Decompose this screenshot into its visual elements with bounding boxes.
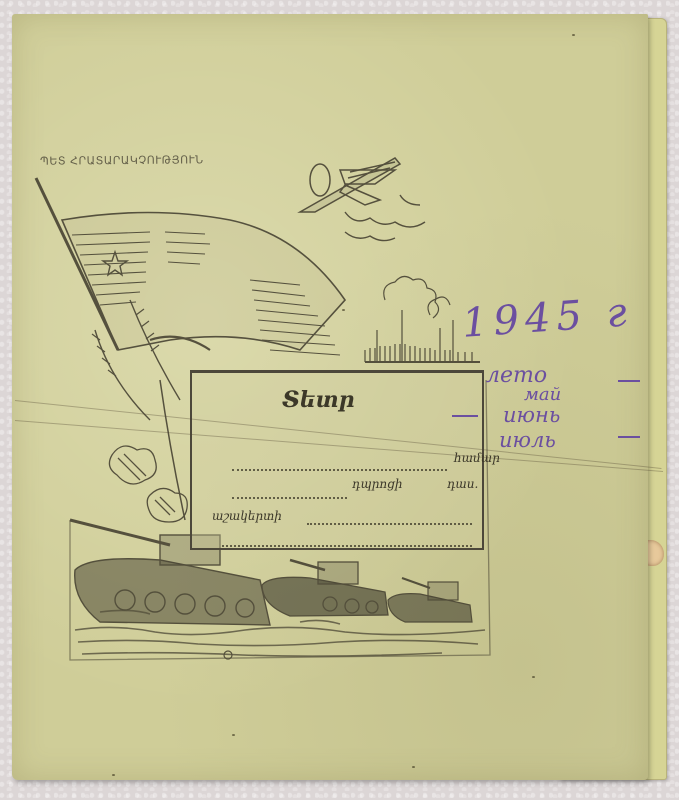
extra-field-line — [222, 545, 472, 547]
class-label: դաս. — [447, 477, 478, 491]
school-label: դպրոցի — [352, 477, 402, 491]
handwritten-dash — [618, 436, 640, 438]
school-field-line — [232, 497, 347, 499]
handwritten-month: июнь — [503, 403, 560, 427]
handwritten-month: июль — [499, 428, 556, 452]
handwritten-month: май — [524, 384, 561, 405]
handwritten-dash — [618, 380, 640, 382]
student-label: աշակերտի — [212, 509, 282, 523]
publisher-line: ՊԵՏ ՀՐԱՏԱՐԱԿՉՈՒԹՅՈՒՆ — [40, 153, 204, 167]
label-title: Տետր — [282, 387, 355, 413]
number-field-line — [232, 469, 447, 471]
handwritten-dash — [452, 415, 478, 417]
notebook-label: Տետր համար դպրոցի դաս. աշակերտի — [190, 370, 484, 550]
student-field-line — [307, 523, 472, 525]
